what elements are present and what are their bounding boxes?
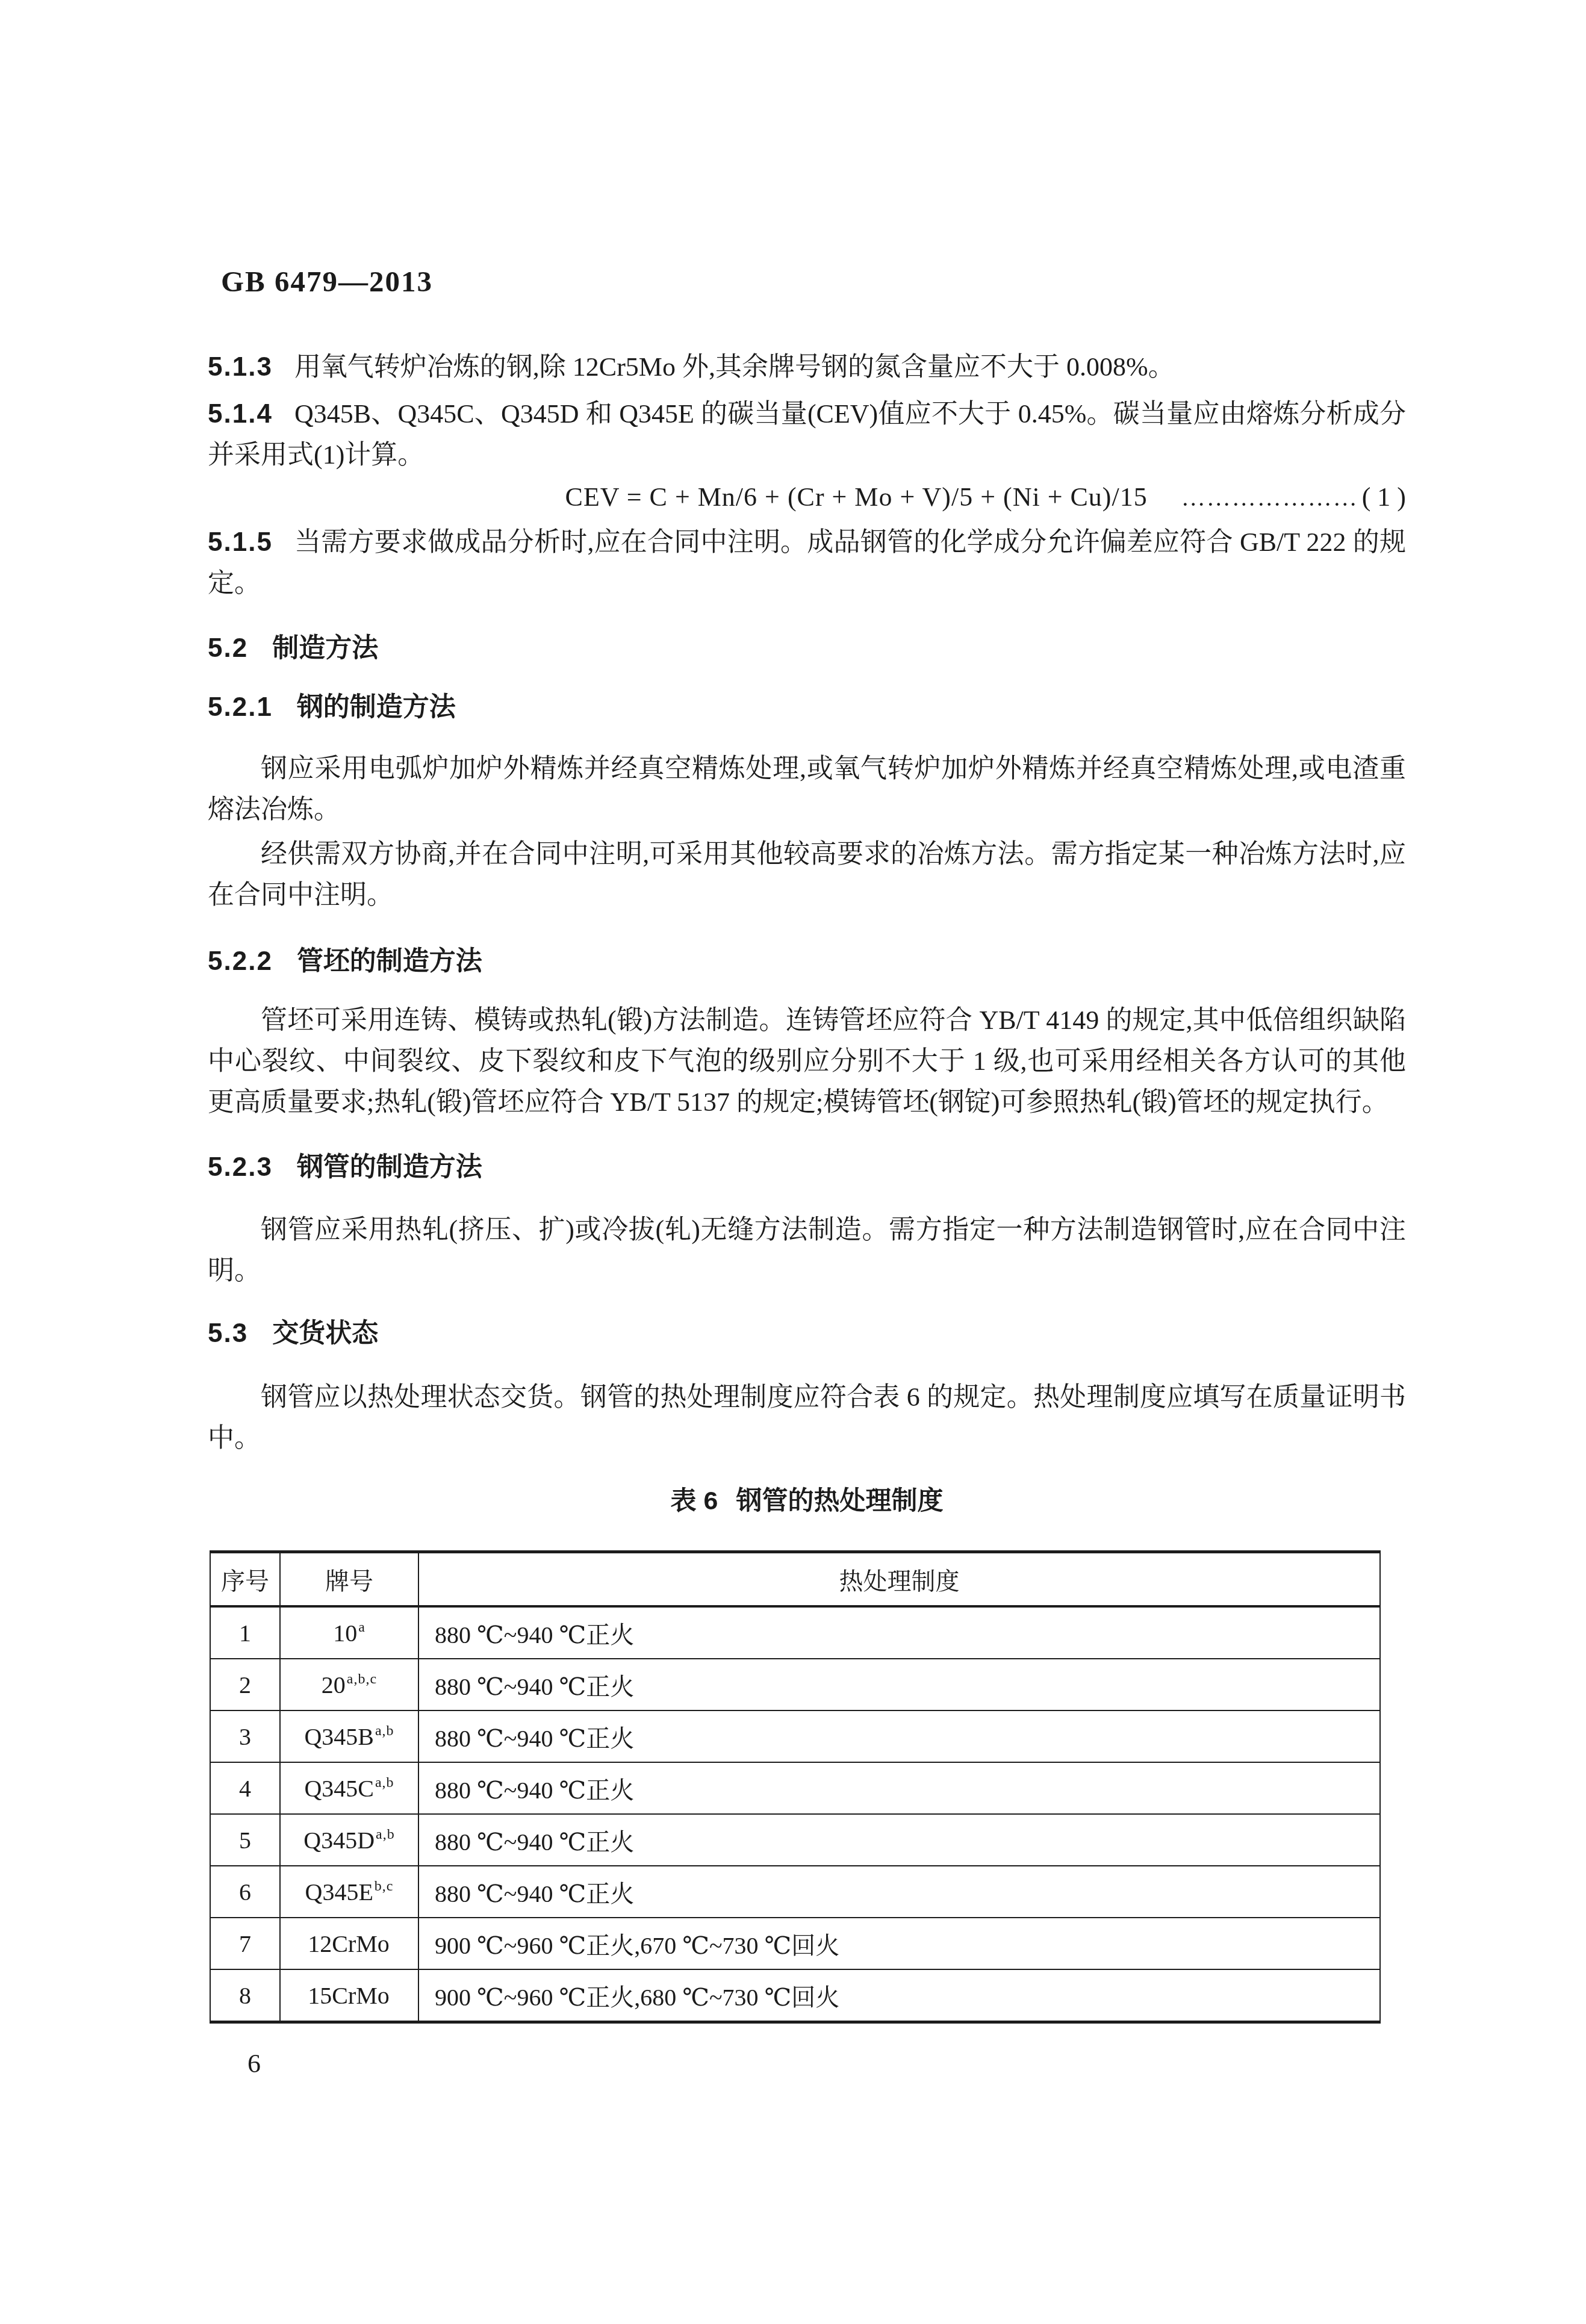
heading-title: 制造方法 (272, 633, 378, 663)
seq-cell: 2 (210, 1659, 280, 1710)
grade-text: Q345E (305, 1878, 373, 1906)
paragraph-5-3: 钢管应以热处理状态交货。钢管的热处理制度应符合表 6 的规定。热处理制度应填写在… (208, 1377, 1406, 1459)
grade-text: 15CrMo (308, 1982, 390, 2009)
grade-text: Q345C (304, 1775, 374, 1802)
clause-5-1-4: 5.1.4Q345B、Q345C、Q345D 和 Q345E 的碳当量(CEV)… (208, 394, 1406, 476)
table-row: 5 Q345Da,b 880 ℃~940 ℃正火 (210, 1814, 1380, 1866)
treatment-cell: 880 ℃~940 ℃正火 (418, 1866, 1380, 1918)
grade-cell: 20a,b,c (280, 1659, 418, 1710)
heading-title: 钢管的制造方法 (297, 1152, 482, 1182)
grade-cell: 12CrMo (280, 1918, 418, 1969)
table-row: 2 20a,b,c 880 ℃~940 ℃正火 (210, 1659, 1380, 1710)
grade-superscript: a,b (376, 1827, 395, 1842)
grade-text: Q345D (303, 1827, 375, 1854)
heading-5-2-1: 5.2.1钢的制造方法 (208, 687, 1406, 728)
seq-cell: 3 (210, 1710, 280, 1762)
paragraph-5-2-1-b: 经供需双方协商,并在合同中注明,可采用其他较高要求的冶炼方法。需方指定某一种冶炼… (208, 834, 1406, 916)
table-header-row: 序号 牌号 热处理制度 (210, 1552, 1380, 1607)
formula-equation-number: ( 1 ) (1362, 477, 1406, 518)
clause-5-1-5: 5.1.5当需方要求做成品分析时,应在合同中注明。成品钢管的化学成分允许偏差应符… (208, 522, 1406, 604)
standard-number: GB 6479—2013 (221, 266, 1406, 297)
heading-5-3: 5.3交货状态 (208, 1313, 1406, 1354)
heading-number: 5.2.1 (208, 692, 273, 722)
grade-cell: Q345Eb,c (280, 1866, 418, 1918)
clause-text: 用氧气转炉冶炼的钢,除 12Cr5Mo 外,其余牌号钢的氮含量应不大于 0.00… (294, 352, 1175, 382)
formula-1: CEV = C + Mn/6 + (Cr + Mo + V)/5 + (Ni +… (208, 477, 1406, 518)
paragraph-5-2-3: 钢管应采用热轧(挤压、扩)或冷拔(轧)无缝方法制造。需方指定一种方法制造钢管时,… (208, 1210, 1406, 1291)
table-row: 7 12CrMo 900 ℃~960 ℃正火,670 ℃~730 ℃回火 (210, 1918, 1380, 1969)
clause-text: Q345B、Q345C、Q345D 和 Q345E 的碳当量(CEV)值应不大于… (208, 399, 1406, 470)
seq-cell: 4 (210, 1762, 280, 1814)
column-header-grade: 牌号 (280, 1552, 418, 1607)
heading-title: 钢的制造方法 (297, 692, 456, 722)
grade-cell: 10a (280, 1606, 418, 1659)
table-6-caption: 表 6钢管的热处理制度 (208, 1480, 1406, 1521)
table-row: 1 10a 880 ℃~940 ℃正火 (210, 1606, 1380, 1659)
column-header-treatment: 热处理制度 (418, 1552, 1380, 1607)
grade-cell: Q345Ba,b (280, 1710, 418, 1762)
grade-text: 12CrMo (308, 1930, 390, 1957)
table-caption-label: 表 6 (671, 1487, 718, 1515)
page-number: 6 (247, 2049, 1406, 2079)
grade-cell: Q345Ca,b (280, 1762, 418, 1814)
clause-number: 5.1.4 (208, 399, 273, 429)
grade-cell: Q345Da,b (280, 1814, 418, 1866)
formula-expression: CEV = C + Mn/6 + (Cr + Mo + V)/5 + (Ni +… (565, 477, 1148, 518)
seq-cell: 1 (210, 1606, 280, 1659)
grade-cell: 15CrMo (280, 1969, 418, 2022)
heading-5-2-2: 5.2.2管坯的制造方法 (208, 941, 1406, 982)
table-row: 4 Q345Ca,b 880 ℃~940 ℃正火 (210, 1762, 1380, 1814)
table-6: 序号 牌号 热处理制度 1 10a 880 ℃~940 ℃正火 2 20a,b,… (210, 1550, 1381, 2024)
treatment-cell: 900 ℃~960 ℃正火,670 ℃~730 ℃回火 (418, 1918, 1380, 1969)
treatment-cell: 880 ℃~940 ℃正火 (418, 1762, 1380, 1814)
table-row: 3 Q345Ba,b 880 ℃~940 ℃正火 (210, 1710, 1380, 1762)
heading-title: 管坯的制造方法 (297, 946, 482, 976)
seq-cell: 7 (210, 1918, 280, 1969)
seq-cell: 8 (210, 1969, 280, 2022)
table-caption-title: 钢管的热处理制度 (736, 1487, 943, 1515)
heading-number: 5.2 (208, 633, 248, 663)
document-page: GB 6479—2013 5.1.3用氧气转炉冶炼的钢,除 12Cr5Mo 外,… (0, 0, 1586, 2324)
grade-text: 20 (322, 1671, 346, 1698)
treatment-cell: 880 ℃~940 ℃正火 (418, 1814, 1380, 1866)
heading-number: 5.3 (208, 1319, 248, 1348)
grade-superscript: a,b,c (347, 1671, 377, 1687)
formula-leader-dots: ………………… (1181, 477, 1358, 518)
grade-superscript: a,b (375, 1723, 394, 1739)
treatment-cell: 880 ℃~940 ℃正火 (418, 1659, 1380, 1710)
treatment-cell: 880 ℃~940 ℃正火 (418, 1606, 1380, 1659)
paragraph-5-2-2: 管坯可采用连铸、模铸或热轧(锻)方法制造。连铸管坯应符合 YB/T 4149 的… (208, 1000, 1406, 1123)
grade-superscript: b,c (375, 1878, 394, 1894)
seq-cell: 5 (210, 1814, 280, 1866)
heading-title: 交货状态 (272, 1319, 378, 1348)
grade-superscript: a (358, 1620, 365, 1635)
clause-number: 5.1.5 (208, 527, 273, 557)
clause-text: 当需方要求做成品分析时,应在合同中注明。成品钢管的化学成分允许偏差应符合 GB/… (208, 527, 1406, 598)
heading-number: 5.2.2 (208, 946, 273, 976)
paragraph-5-2-1-a: 钢应采用电弧炉加炉外精炼并经真空精炼处理,或氧气转炉加炉外精炼并经真空精炼处理,… (208, 748, 1406, 830)
grade-superscript: a,b (375, 1775, 394, 1791)
clause-5-1-3: 5.1.3用氧气转炉冶炼的钢,除 12Cr5Mo 外,其余牌号钢的氮含量应不大于… (208, 347, 1406, 388)
treatment-cell: 880 ℃~940 ℃正火 (418, 1710, 1380, 1762)
heading-number: 5.2.3 (208, 1152, 273, 1182)
heading-5-2-3: 5.2.3钢管的制造方法 (208, 1147, 1406, 1188)
table-row: 6 Q345Eb,c 880 ℃~940 ℃正火 (210, 1866, 1380, 1918)
treatment-cell: 900 ℃~960 ℃正火,680 ℃~730 ℃回火 (418, 1969, 1380, 2022)
heading-5-2: 5.2制造方法 (208, 628, 1406, 669)
table-row: 8 15CrMo 900 ℃~960 ℃正火,680 ℃~730 ℃回火 (210, 1969, 1380, 2022)
clause-number: 5.1.3 (208, 352, 273, 382)
grade-text: 10 (333, 1620, 357, 1647)
column-header-seq: 序号 (210, 1552, 280, 1607)
seq-cell: 6 (210, 1866, 280, 1918)
grade-text: Q345B (304, 1723, 374, 1750)
